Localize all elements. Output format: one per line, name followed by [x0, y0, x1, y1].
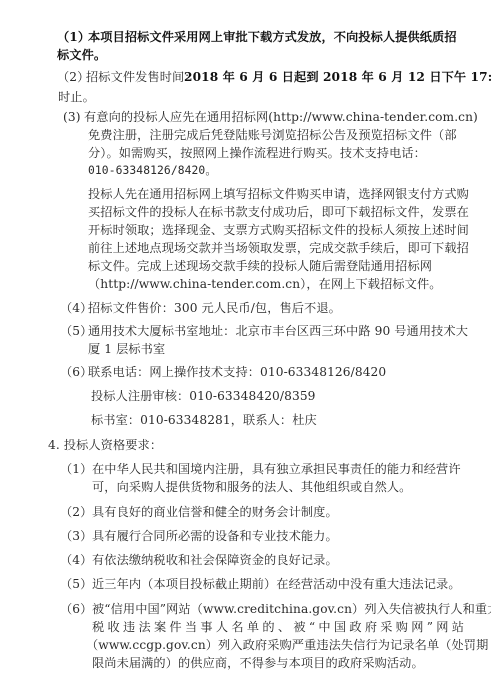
tech-support-phone: 010-63348126/8420。: [88, 163, 217, 179]
document-page: （1） 本项目招标文件采用网上审批下载方式发放，不向投标人提供纸质招 标文件。 …: [0, 0, 491, 700]
item-3-para2-line-1: 投标人先在通用招标网上填写招标文件购买申请，选择网银支付方式购: [88, 186, 469, 202]
registration-review-phone: 投标人注册审核：010-63348420/8359: [91, 388, 316, 404]
req-5-text: 近三年内（本项目投标截止期前）在经营活动中没有重大违法记录。: [92, 576, 461, 592]
item-1-number: （1）: [57, 29, 90, 45]
item-3-text-line-2: 免费注册，注册完成后凭登陆账号浏览招标公告及预览招标文件（部: [88, 127, 457, 143]
item-2-text-line-2: 时止。: [58, 89, 95, 105]
req-1-number: （1）: [60, 461, 92, 477]
req-3-number: （3）: [60, 528, 92, 544]
req-1-text-line-1: 在中华人民共和国境内注册，具有独立承担民事责任的能力和经营许: [92, 461, 461, 477]
req-6-text-line-2: 税收违法案件当事人名单的、被“中国政府采购网”网站: [92, 619, 467, 635]
item-3-para2-line-4: 前往上述地点现场交款并当场领取发票，完成交款手续后，即可下载招: [88, 240, 469, 256]
req-6-text-line-4: 限尚未届满的）的供应商，不得参与本项目的政府采购活动。: [92, 655, 424, 671]
req-3-text: 具有履行合同所必需的设备和专业技术能力。: [92, 528, 338, 544]
item-4-text: 招标文件售价：300 元人民币/包，售后不退。: [88, 300, 341, 316]
item-5-text-line-2: 厦 1 层标书室: [88, 341, 165, 357]
req-6-text-line-3: （www.ccgp.gov.cn）列入政府采购严重违法失信行为记录名单（处罚期: [86, 637, 488, 653]
req-4-number: （4）: [60, 552, 92, 568]
req-6-number: （6）: [60, 601, 92, 617]
item-5-text-line-1: 通用技术大厦标书室地址：北京市丰台区西三环中路 90 号通用技术大: [88, 323, 468, 339]
bid-room-contact: 标书室：010-63348281，联系人：杜庆: [91, 412, 317, 428]
contact-phone-line: 联系电话：网上操作技术支持：010-63348126/8420: [88, 364, 386, 380]
section-4-heading: 4. 投标人资格要求：: [48, 437, 162, 453]
item-3-text-line-3: 分）。如需购买，按照网上操作流程进行购买。技术支持电话：: [88, 145, 426, 161]
item-3-para2-line-2: 买招标文件的投标人在标书款支付成功后，即可下载招标文件，发票在: [88, 204, 469, 220]
req-2-number: （2）: [60, 504, 92, 520]
item-2-number: （2）: [57, 69, 89, 85]
req-5-number: （5）: [60, 576, 92, 592]
req-4-text: 有依法缴纳税收和社会保障资金的良好记录。: [92, 552, 338, 568]
item-3-text-line-1: 有意向的投标人应先在通用招标网(http://www.china-tender.…: [84, 109, 478, 125]
item-3-para2-line-3: 开标时领取；选择现金、支票方式购买招标文件的投标人须按上述时间: [88, 222, 469, 238]
item-2-date-range: 2018 年 6 月 6 日起到 2018 年 6 月 12 日下午 17:00: [184, 69, 491, 85]
item-1-text-line-1: 本项目招标文件采用网上审批下载方式发放，不向投标人提供纸质招: [88, 29, 457, 45]
item-1-text-line-2: 标文件。: [57, 47, 106, 63]
req-6-text-line-1: 被“信用中国”网站（www.creditchina.gov.cn）列入失信被执行…: [92, 601, 491, 617]
item-3-para2-line-6: （http://www.china-tender.com.cn），在网上下载招标…: [88, 276, 442, 292]
item-3-para2-line-5: 标文件。完成上述现场交款手续的投标人随后需登陆通用招标网: [88, 258, 432, 274]
item-3-number: (3): [63, 109, 81, 125]
req-1-text-line-2: 可，向采购人提供货物和服务的法人、其他组织或自然人。: [92, 479, 411, 495]
req-2-text: 具有良好的商业信誉和健全的财务会计制度。: [92, 504, 338, 520]
item-2-label: 招标文件发售时间：: [86, 69, 197, 85]
